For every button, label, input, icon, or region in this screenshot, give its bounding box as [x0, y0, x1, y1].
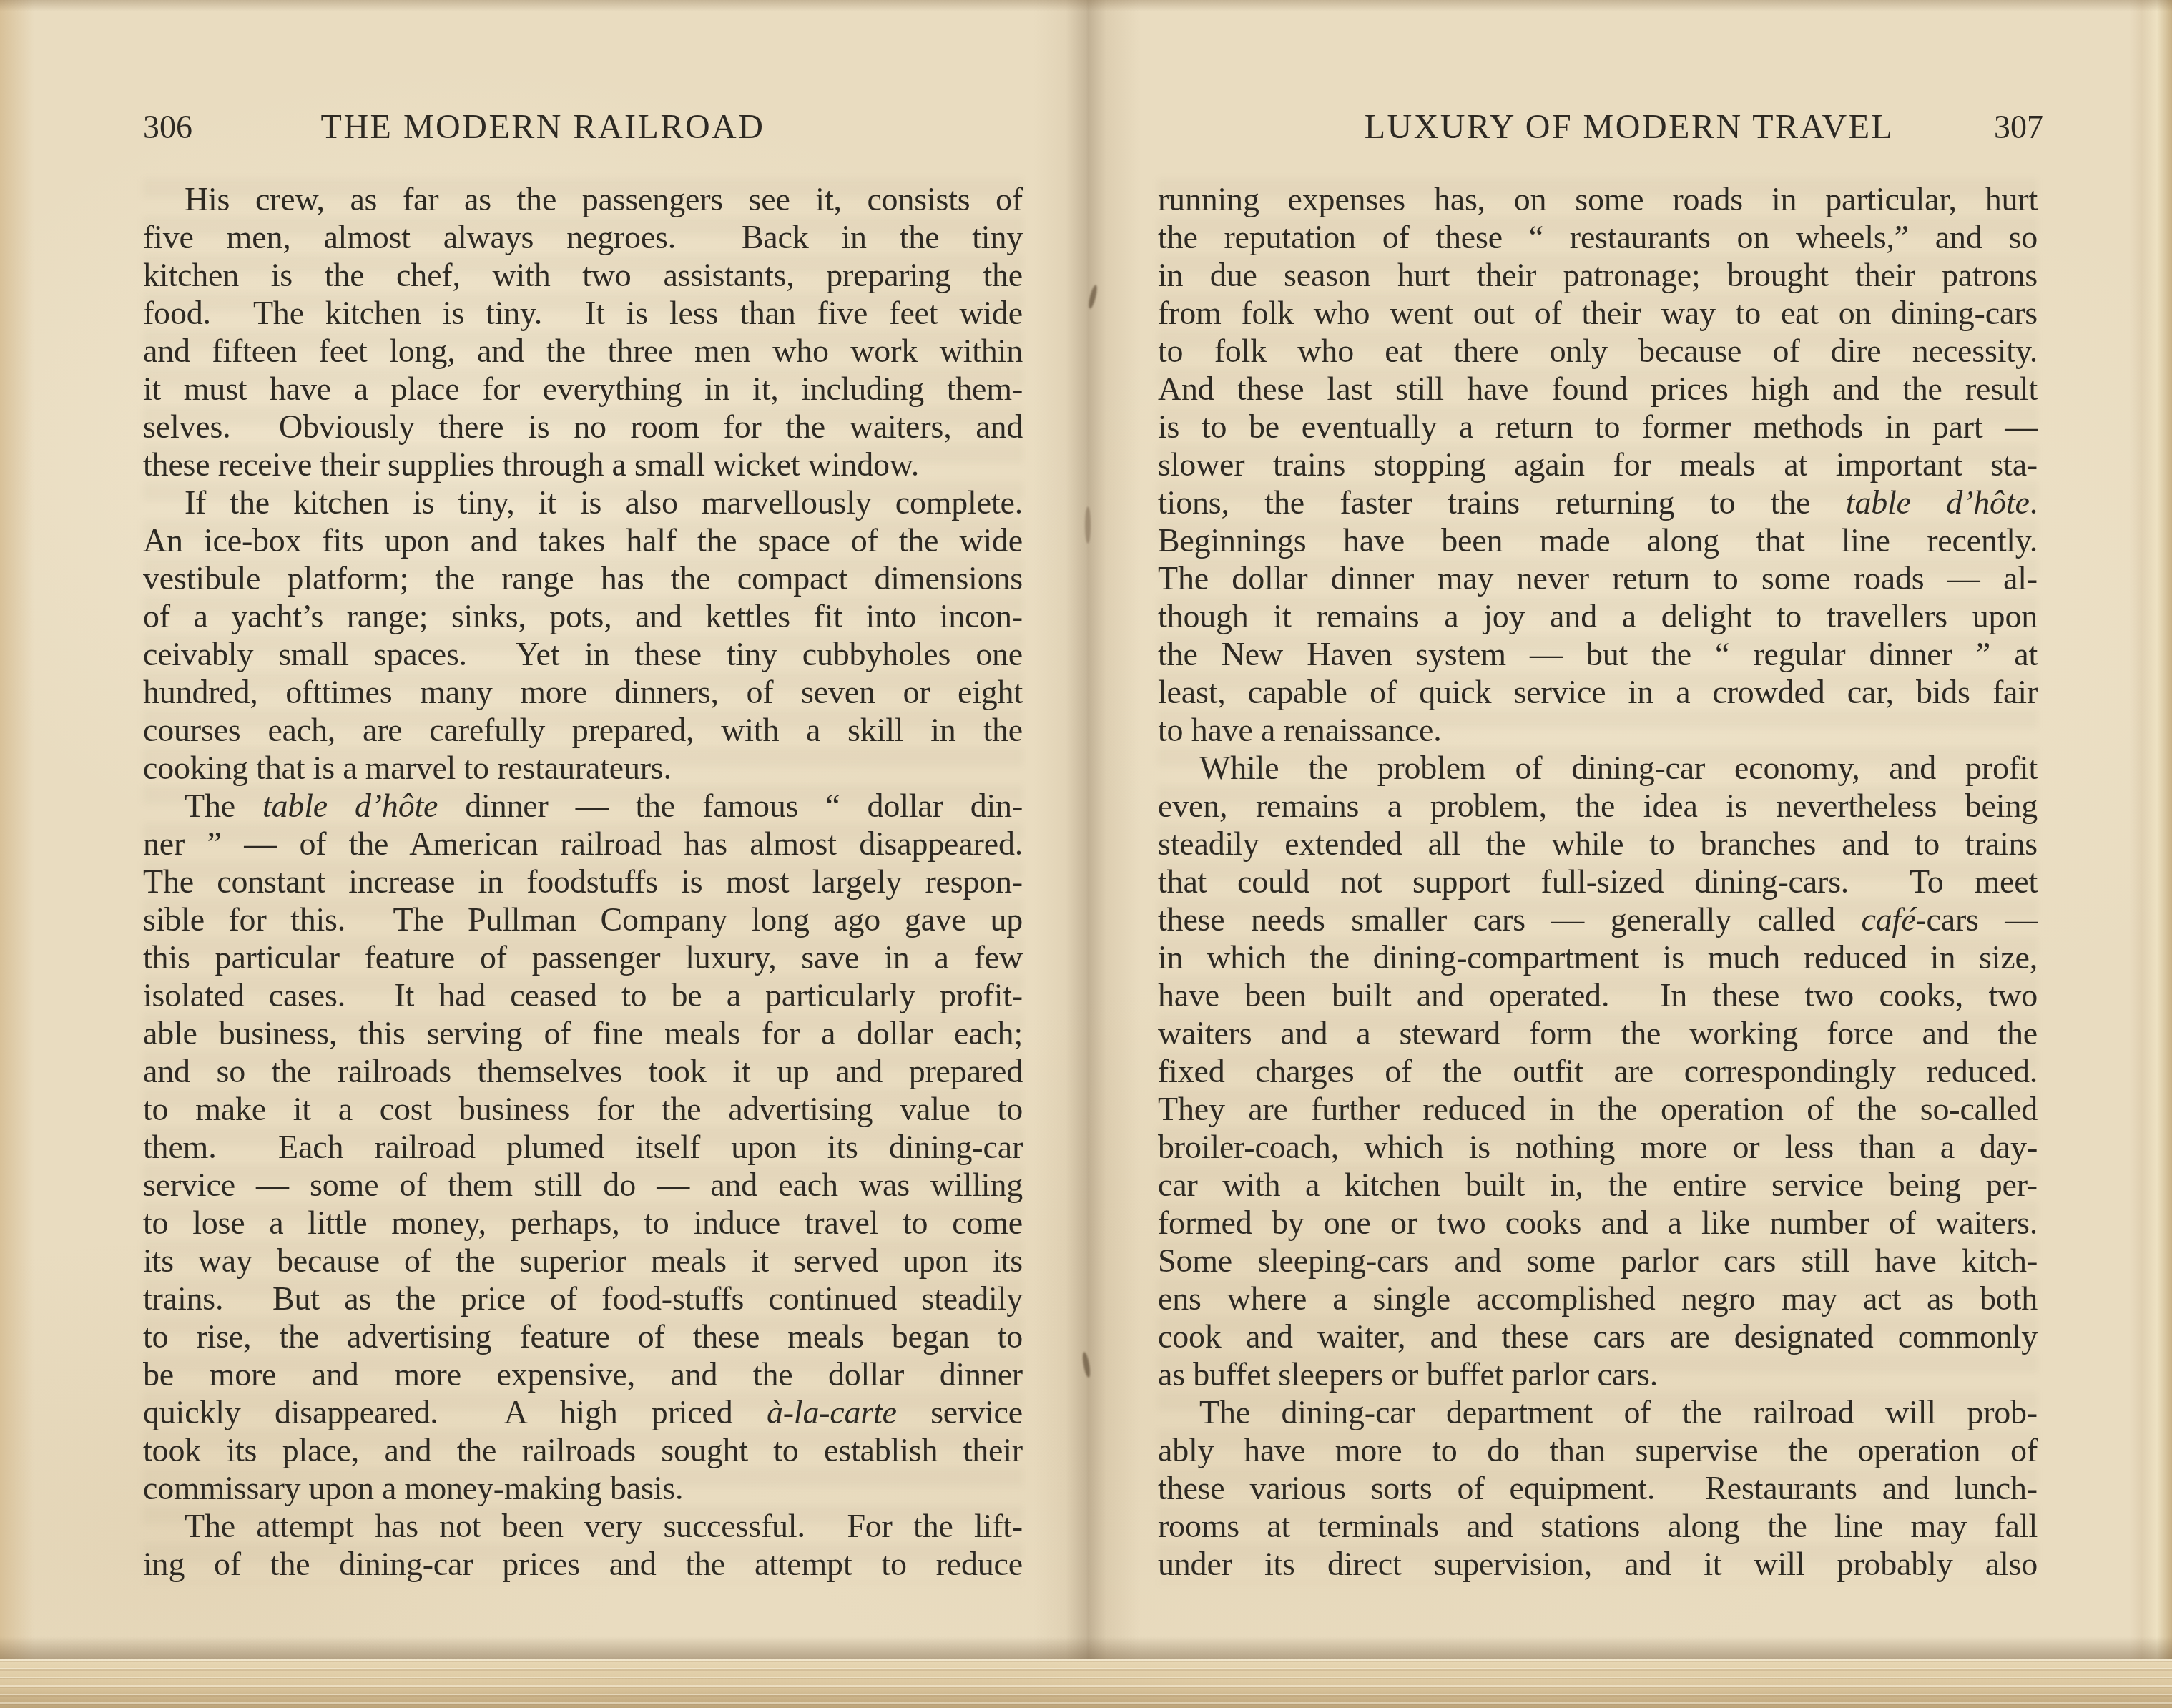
- text-line: as buffet sleepers or buffet parlor cars…: [1158, 1355, 2038, 1393]
- page-306: 306 THE MODERN RAILROAD His crew, as far…: [0, 0, 1086, 1708]
- text-line: least, capable of quick service in a cro…: [1158, 673, 2038, 711]
- text-line: If the kitchen is tiny, it is also marve…: [143, 484, 1023, 521]
- text-line: this particular feature of passenger lux…: [143, 938, 1023, 976]
- text-line: to rise, the advertising feature of thes…: [143, 1317, 1023, 1355]
- page-number-right: 307: [1994, 109, 2043, 146]
- text-line: They are further reduced in the operatio…: [1158, 1090, 2038, 1128]
- text-line: sible for this. The Pullman Company long…: [143, 900, 1023, 938]
- text-line: hundred, ofttimes many more dinners, of …: [143, 673, 1023, 711]
- text-line: that could not support full-sized dining…: [1158, 863, 2038, 900]
- text-line: ner ” — of the American railroad has alm…: [143, 825, 1023, 863]
- text-line: of a yacht’s range; sinks, pots, and ket…: [143, 597, 1023, 635]
- text-line: took its place, and the railroads sought…: [143, 1431, 1023, 1469]
- text-line: waiters and a steward form the working f…: [1158, 1014, 2038, 1052]
- text-line: vestibule platform; the range has the co…: [143, 559, 1023, 597]
- text-line: And these last still have found prices h…: [1158, 370, 2038, 408]
- text-line: ably have more to do than supervise the …: [1158, 1431, 2038, 1469]
- text-line: The dollar dinner may never return to so…: [1158, 559, 2038, 597]
- text-line: Beginnings have been made along that lin…: [1158, 521, 2038, 559]
- page-number-left: 306: [143, 109, 192, 146]
- text-line: steadily extended all the while to branc…: [1158, 825, 2038, 863]
- text-line: cooking that is a marvel to restaurateur…: [143, 749, 1023, 787]
- text-line: While the problem of dining-car economy,…: [1158, 749, 2038, 787]
- text-line: commissary upon a money-making basis.: [143, 1469, 1023, 1507]
- text-line: the reputation of these “ restaurants on…: [1158, 218, 2038, 256]
- text-line: to lose a little money, perhaps, to indu…: [143, 1204, 1023, 1242]
- text-line: selves. Obviously there is no room for t…: [143, 408, 1023, 446]
- text-line: The dining-car department of the railroa…: [1158, 1393, 2038, 1431]
- text-line: to make it a cost business for the adver…: [143, 1090, 1023, 1128]
- text-line: to have a renaissance.: [1158, 711, 2038, 749]
- text-line: even, remains a problem, the idea is nev…: [1158, 787, 2038, 825]
- running-header-right: LUXURY OF MODERN TRAVEL 307: [1086, 109, 2172, 152]
- text-line: broiler-coach, which is nothing more or …: [1158, 1128, 2038, 1166]
- text-line: ceivably small spaces. Yet in these tiny…: [143, 635, 1023, 673]
- text-line: trains. But as the price of food-stuffs …: [143, 1280, 1023, 1317]
- text-line: The attempt has not been very successful…: [143, 1507, 1023, 1545]
- text-line: fixed charges of the outfit are correspo…: [1158, 1052, 2038, 1090]
- text-line: The constant increase in foodstuffs is m…: [143, 863, 1023, 900]
- text-line: courses each, are carefully prepared, wi…: [143, 711, 1023, 749]
- text-block-right: running expenses has, on some roads in p…: [1158, 180, 2038, 1583]
- running-title-right: LUXURY OF MODERN TRAVEL: [1365, 109, 1895, 146]
- text-line: tions, the faster trains returning to th…: [1158, 484, 2038, 521]
- text-line: them. Each railroad plumed itself upon i…: [143, 1128, 1023, 1166]
- text-line: Some sleeping-cars and some parlor cars …: [1158, 1242, 2038, 1280]
- binding-nick: [1085, 506, 1091, 544]
- text-line: running expenses has, on some roads in p…: [1158, 180, 2038, 218]
- text-line: in which the dining-compartment is much …: [1158, 938, 2038, 976]
- text-line: to folk who eat there only because of di…: [1158, 332, 2038, 370]
- text-line: these receive their supplies through a s…: [143, 446, 1023, 484]
- text-line: His crew, as far as the passengers see i…: [143, 180, 1023, 218]
- text-line: though it remains a joy and a delight to…: [1158, 597, 2038, 635]
- text-line: quickly disappeared. A high priced à-la-…: [143, 1393, 1023, 1431]
- text-line: is to be eventually a return to former m…: [1158, 408, 2038, 446]
- text-line: cook and waiter, and these cars are desi…: [1158, 1317, 2038, 1355]
- text-line: An ice-box fits upon and takes half the …: [143, 521, 1023, 559]
- text-line: car with a kitchen built in, the entire …: [1158, 1166, 2038, 1204]
- book-spread: 306 THE MODERN RAILROAD His crew, as far…: [0, 0, 2172, 1708]
- running-header-left: 306 THE MODERN RAILROAD: [0, 109, 1086, 152]
- text-line: and so the railroads themselves took it …: [143, 1052, 1023, 1090]
- text-line: kitchen is the chef, with two assistants…: [143, 256, 1023, 294]
- text-line: from folk who went out of their way to e…: [1158, 294, 2038, 332]
- text-line: five men, almost always negroes. Back in…: [143, 218, 1023, 256]
- text-line: it must have a place for everything in i…: [143, 370, 1023, 408]
- text-line: able business, this serving of fine meal…: [143, 1014, 1023, 1052]
- text-line: ens where a single accomplished negro ma…: [1158, 1280, 2038, 1317]
- text-line: have been built and operated. In these t…: [1158, 976, 2038, 1014]
- text-block-left: His crew, as far as the passengers see i…: [143, 180, 1023, 1583]
- text-line: these needs smaller cars — generally cal…: [1158, 900, 2038, 938]
- text-line: ing of the dining-car prices and the att…: [143, 1545, 1023, 1583]
- text-line: food. The kitchen is tiny. It is less th…: [143, 294, 1023, 332]
- text-line: be more and more expensive, and the doll…: [143, 1355, 1023, 1393]
- text-line: its way because of the superior meals it…: [143, 1242, 1023, 1280]
- text-line: rooms at terminals and stations along th…: [1158, 1507, 2038, 1545]
- text-line: under its direct supervision, and it wil…: [1158, 1545, 2038, 1583]
- text-line: in due season hurt their patronage; brou…: [1158, 256, 2038, 294]
- text-line: slower trains stopping again for meals a…: [1158, 446, 2038, 484]
- page-307: LUXURY OF MODERN TRAVEL 307 running expe…: [1086, 0, 2172, 1708]
- text-line: formed by one or two cooks and a like nu…: [1158, 1204, 2038, 1242]
- running-title-left: THE MODERN RAILROAD: [321, 109, 765, 146]
- text-line: and fifteen feet long, and the three men…: [143, 332, 1023, 370]
- text-line: isolated cases. It had ceased to be a pa…: [143, 976, 1023, 1014]
- text-line: The table d’hôte dinner — the famous “ d…: [143, 787, 1023, 825]
- text-line: service — some of them still do — and ea…: [143, 1166, 1023, 1204]
- text-line: these various sorts of equipment. Restau…: [1158, 1469, 2038, 1507]
- text-line: the New Haven system — but the “ regular…: [1158, 635, 2038, 673]
